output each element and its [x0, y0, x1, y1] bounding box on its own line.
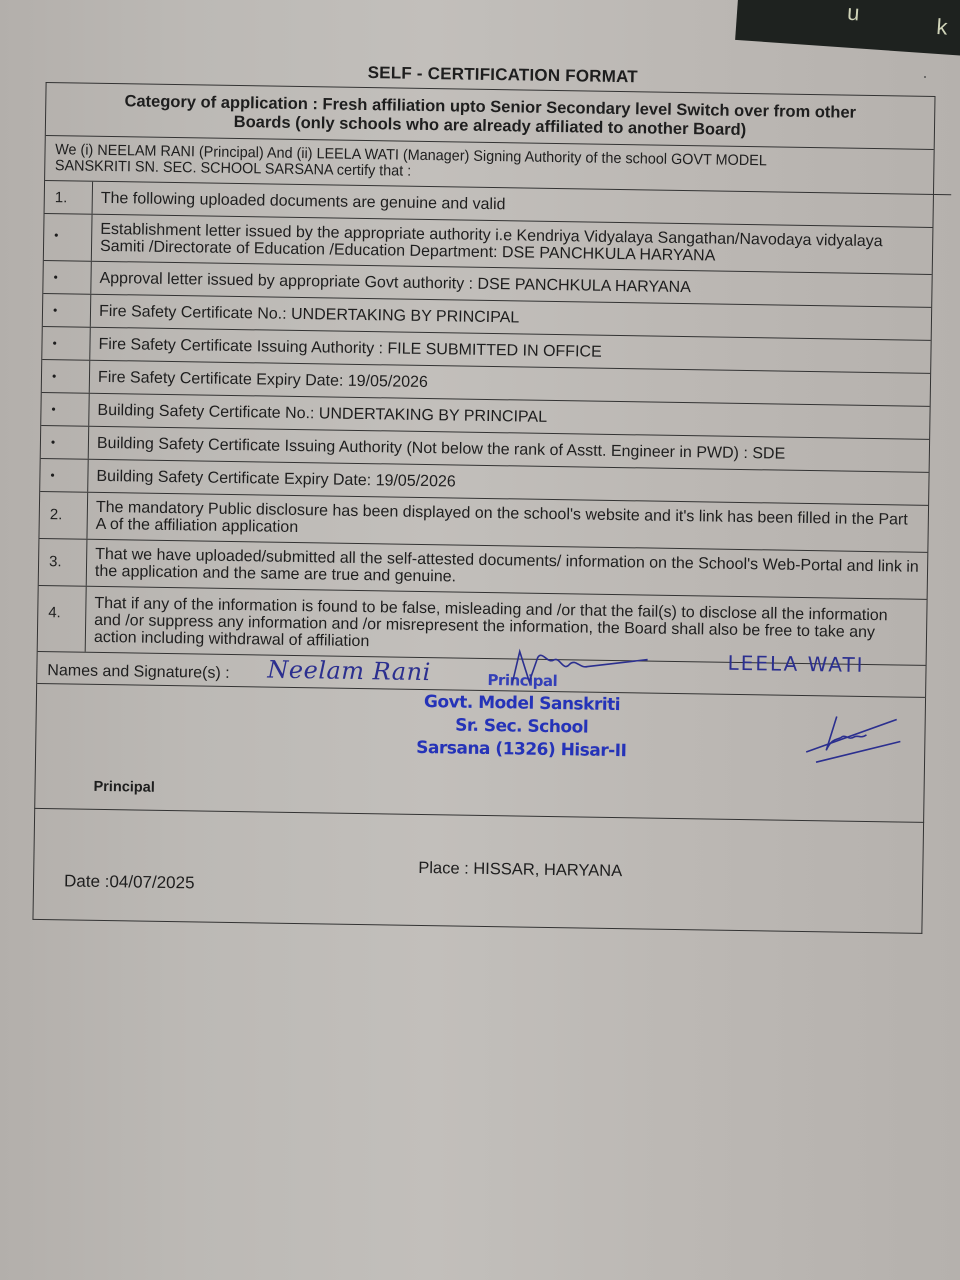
row-marker: •: [44, 214, 93, 261]
row-marker: •: [41, 393, 89, 426]
date-place-area: Date :04/07/2025 Place : HISSAR, HARYANA: [32, 809, 924, 934]
background-keyboard: u k: [735, 0, 960, 58]
signature-label: Names and Signature(s) :: [47, 662, 230, 683]
row-marker: •: [41, 426, 89, 459]
certificate-sheet: SELF - CERTIFICATION FORMAT Category of …: [32, 58, 935, 934]
date-field: Date :04/07/2025: [64, 871, 195, 893]
stamp-line: Sarsana (1326) Hisar-II: [416, 737, 627, 763]
manager-signature-icon: [796, 706, 907, 768]
principal-signature-icon: [507, 643, 658, 695]
row-marker: •: [40, 459, 88, 492]
row-marker: •: [42, 360, 90, 393]
keyboard-key-glyph: k: [936, 14, 949, 41]
stamp-area: Principal Govt. Model Sanskriti Sr. Sec.…: [34, 684, 926, 823]
stamp-line: Sr. Sec. School: [416, 714, 627, 740]
row-marker: •: [42, 327, 90, 360]
principal-label: Principal: [93, 779, 154, 796]
row-marker: 1.: [45, 181, 93, 214]
place-field: Place : HISSAR, HARYANA: [418, 859, 622, 881]
manager-handwritten-name: LEELA WATI: [727, 651, 864, 677]
stamp-line: Govt. Model Sanskriti: [417, 691, 628, 717]
row-marker: •: [43, 261, 91, 294]
certificate-table: Category of application : Fresh affiliat…: [36, 82, 935, 698]
row-marker: •: [43, 294, 91, 327]
row-marker: 3.: [39, 539, 88, 586]
principal-handwritten-name: Neelam Rani: [267, 656, 431, 687]
row-marker: 2.: [39, 492, 88, 539]
paper-mark: [924, 76, 926, 78]
row-marker: 4.: [38, 586, 87, 652]
keyboard-key-glyph: u: [846, 0, 860, 26]
